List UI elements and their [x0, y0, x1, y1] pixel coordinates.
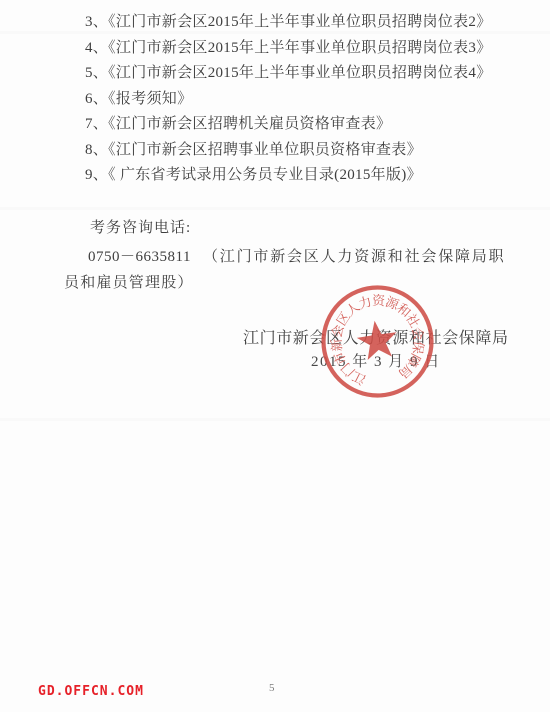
contact-phone-label: 考务咨询电话: — [90, 220, 191, 237]
attachment-item: 3、《江门市新会区2015年上半年事业单位职员招聘岗位表2》 — [85, 10, 535, 36]
contact-department-note-line2: 员和雇员管理股） — [64, 275, 194, 292]
scan-artifact — [0, 207, 550, 210]
attachment-item: 7、《江门市新会区招聘机关雇员资格审查表》 — [85, 112, 535, 138]
contact-department-note-line1: （江门市新会区人力资源和社会保障局职 — [203, 249, 505, 266]
attachment-item: 5、《江门市新会区2015年上半年事业单位职员招聘岗位表4》 — [85, 61, 535, 87]
scan-artifact — [0, 418, 550, 421]
attachment-list: 3、《江门市新会区2015年上半年事业单位职员招聘岗位表2》 4、《江门市新会区… — [85, 10, 535, 189]
seal-star-icon — [355, 318, 400, 361]
attachment-item: 4、《江门市新会区2015年上半年事业单位职员招聘岗位表3》 — [85, 36, 535, 62]
scanned-document-page: 3、《江门市新会区2015年上半年事业单位职员招聘岗位表2》 4、《江门市新会区… — [0, 0, 550, 712]
contact-phone-number: 0750－6635811 — [88, 249, 191, 266]
official-red-seal: 江门市新会区人力资源和社会保障局 — [315, 279, 440, 404]
attachment-item: 8、《江门市新会区招聘事业单位职员资格审查表》 — [85, 138, 535, 164]
attachment-item: 6、《报考须知》 — [85, 87, 535, 113]
attachment-item: 9、《 广东省考试录用公务员专业目录(2015年版)》 — [85, 163, 535, 189]
page-number: 5 — [269, 682, 275, 695]
site-watermark: GD.OFFCN.COM — [38, 685, 144, 700]
